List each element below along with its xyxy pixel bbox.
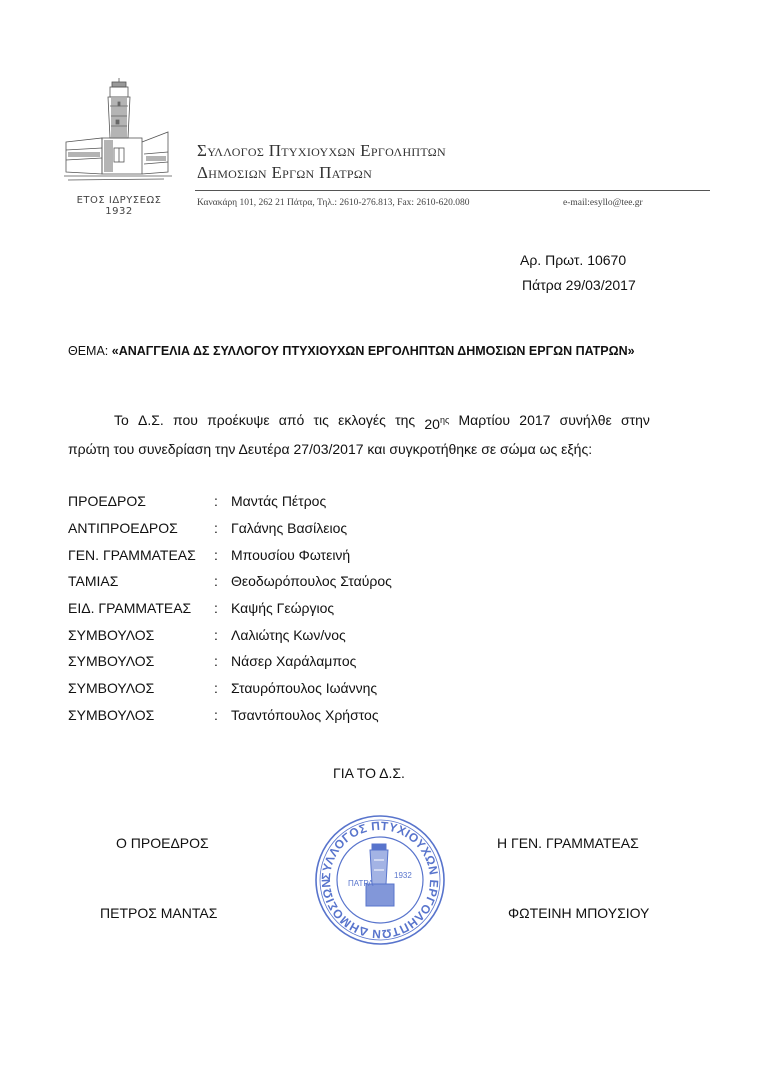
secretary-title: Η ΓΕΝ. ΓΡΑΜΜΑΤΕΑΣ [497, 835, 639, 851]
member-name: Σταυρόπουλος Ιωάννης [231, 680, 377, 696]
body-word: τις [314, 408, 329, 437]
member-role: ΣΥΜΒΟΥΛΟΣ [68, 680, 214, 696]
body-line-1: Το Δ.Σ. που προέκυψε από τις εκλογές της… [68, 408, 650, 437]
member-row: ΣΥΜΒΟΥΛΟΣ:Λαλιώτης Κων/νος [68, 621, 392, 648]
lighthouse-stamp-icon [366, 844, 394, 906]
member-separator: : [214, 547, 231, 563]
member-separator: : [214, 573, 231, 589]
member-row: ΣΥΜΒΟΥΛΟΣ:Τσαντόπουλος Χρήστος [68, 702, 392, 729]
member-name: Μαντάς Πέτρος [231, 493, 326, 509]
member-role: ΣΥΜΒΟΥΛΟΣ [68, 707, 214, 723]
member-name: Μπουσίου Φωτεινή [231, 547, 350, 563]
member-row: ΠΡΟΕΔΡΟΣ:Μαντάς Πέτρος [68, 488, 392, 515]
member-row: ΓΕΝ. ΓΡΑΜΜΑΤΕΑΣ:Μπουσίου Φωτεινή [68, 541, 392, 568]
header-divider [195, 190, 710, 191]
member-separator: : [214, 627, 231, 643]
org-name-line-1: Συλλογος Πτυχιουχων Εργοληπτων [197, 140, 446, 162]
body-word: Μαρτίου [458, 408, 510, 437]
founded-year: ΕΤΟΣ ΙΔΡΥΣΕΩΣ 1932 [64, 195, 174, 217]
member-separator: : [214, 520, 231, 536]
member-separator: : [214, 493, 231, 509]
protocol-number: Αρ. Πρωτ. 10670 [520, 248, 636, 273]
president-title: Ο ΠΡΟΕΔΡΟΣ [116, 835, 209, 851]
member-row: ΑΝΤΙΠΡΟΕΔΡΟΣ:Γαλάνης Βασίλειος [68, 515, 392, 542]
document-page: ΕΤΟΣ ΙΔΡΥΣΕΩΣ 1932 Συλλογος Πτυχιουχων Ε… [0, 0, 764, 1080]
body-paragraph: Το Δ.Σ. που προέκυψε από τις εκλογές της… [68, 408, 650, 462]
election-date: 20ης [424, 408, 449, 437]
member-separator: : [214, 680, 231, 696]
member-name: Γαλάνης Βασίλειος [231, 520, 347, 536]
place-date: Πάτρα 29/03/2017 [522, 273, 636, 298]
body-word: προέκυψε [207, 408, 270, 437]
member-name: Καψής Γεώργιος [231, 600, 334, 616]
date-number: 20 [424, 416, 440, 432]
member-separator: : [214, 653, 231, 669]
for-board-label: ΓΙΑ ΤΟ Δ.Σ. [333, 765, 405, 781]
member-name: Τσαντόπουλος Χρήστος [231, 707, 379, 723]
board-members-list: ΠΡΟΕΔΡΟΣ:Μαντάς ΠέτροςΑΝΤΙΠΡΟΕΔΡΟΣ:Γαλάν… [68, 488, 392, 728]
member-role: ΣΥΜΒΟΥΛΟΣ [68, 653, 214, 669]
contact-email: e-mail:esyllo@tee.gr [563, 198, 643, 208]
member-role: ΠΡΟΕΔΡΟΣ [68, 493, 214, 509]
stamp-year: 1932 [394, 871, 412, 880]
subject-text: «ΑΝΑΓΓΕΛΙΑ ΔΣ ΣΥΛΛΟΓΟΥ ΠΤΥΧΙΟΥΧΩΝ ΕΡΓΟΛΗ… [112, 344, 635, 358]
member-row: ΤΑΜΙΑΣ:Θεοδωρόπουλος Σταύρος [68, 568, 392, 595]
body-line-2: πρώτη του συνεδρίαση την Δευτέρα 27/03/2… [68, 437, 650, 462]
president-name: ΠΕΤΡΟΣ ΜΑΝΤΑΣ [100, 905, 217, 921]
body-word: 2017 [519, 408, 550, 437]
stamp-city: ΠΑΤΡΑ [348, 879, 374, 888]
body-word: στην [621, 408, 650, 437]
secretary-name: ΦΩΤΕΙΝΗ ΜΠΟΥΣΙΟΥ [508, 905, 649, 921]
member-role: ΕΙΔ. ΓΡΑΜΜΑΤΕΑΣ [68, 600, 214, 616]
subject-label: ΘΕΜΑ: [68, 344, 112, 358]
member-name: Λαλιώτης Κων/νος [231, 627, 346, 643]
body-word: εκλογές [338, 408, 386, 437]
member-separator: : [214, 600, 231, 616]
lighthouse-sketch-icon [64, 76, 172, 188]
body-word: Δ.Σ. [138, 408, 164, 437]
contact-address: Κανακάρη 101, 262 21 Πάτρα, Τηλ.: 2610-2… [197, 198, 469, 208]
body-word: συνήλθε [560, 408, 612, 437]
member-name: Νάσερ Χαράλαμπος [231, 653, 356, 669]
org-name-line-2: Δημοσιων Εργων Πατρων [197, 162, 446, 184]
body-word: που [173, 408, 198, 437]
member-role: ΓΕΝ. ΓΡΑΜΜΑΤΕΑΣ [68, 547, 214, 563]
organization-name: Συλλογος Πτυχιουχων Εργοληπτων Δημοσιων … [197, 140, 446, 184]
member-role: ΣΥΜΒΟΥΛΟΣ [68, 627, 214, 643]
body-word: από [279, 408, 305, 437]
official-stamp: ΣΥΛΛΟΓΟΣ ΠΤΥΧΙΟΥΧΩΝ ΕΡΓΟΛΗΠΤΩΝ ΔΗΜΟΣΙΩΝ … [312, 812, 448, 948]
member-separator: : [214, 707, 231, 723]
member-role: ΤΑΜΙΑΣ [68, 573, 214, 589]
member-name: Θεοδωρόπουλος Σταύρος [231, 573, 392, 589]
subject-line: ΘΕΜΑ: «ΑΝΑΓΓΕΛΙΑ ΔΣ ΣΥΛΛΟΓΟΥ ΠΤΥΧΙΟΥΧΩΝ … [68, 344, 635, 358]
date-suffix: ης [440, 415, 449, 425]
body-word: Το [114, 412, 129, 428]
member-role: ΑΝΤΙΠΡΟΕΔΡΟΣ [68, 520, 214, 536]
body-word: της [395, 408, 415, 437]
member-row: ΣΥΜΒΟΥΛΟΣ:Σταυρόπουλος Ιωάννης [68, 675, 392, 702]
reference-block: Αρ. Πρωτ. 10670 Πάτρα 29/03/2017 [520, 248, 636, 298]
member-row: ΕΙΔ. ΓΡΑΜΜΑΤΕΑΣ:Καψής Γεώργιος [68, 595, 392, 622]
member-row: ΣΥΜΒΟΥΛΟΣ:Νάσερ Χαράλαμπος [68, 648, 392, 675]
